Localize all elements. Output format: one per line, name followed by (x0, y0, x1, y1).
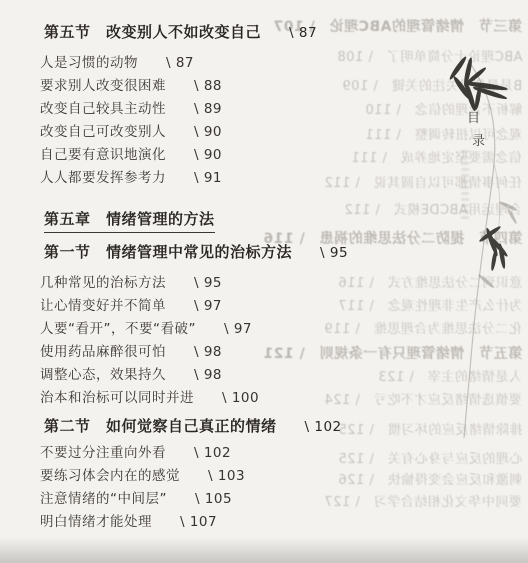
toc-list: 第五节 改变别人不如改变自己\ 87人是习惯的动物\ 87要求别人改变很困难\ … (40, 22, 400, 534)
toc-entry-title: 人要“看开”，不要“看破” (40, 318, 196, 341)
toc-entry-item: 要练习体会内在的感觉\ 103 (40, 465, 400, 488)
toc-entry-page-number: \ 88 (194, 75, 222, 98)
page-edge-shadow (0, 537, 528, 563)
toc-entry-item: 自己要有意识地演化\ 90 (40, 144, 400, 167)
toc-entry-page-number: \ 87 (166, 52, 194, 75)
toc-entry-item: 几种常见的治标方法\ 95 (40, 272, 400, 295)
toc-entry-page-number: \ 87 (289, 23, 317, 43)
toc-entry-title: 第五章 情绪管理的方法 (44, 208, 215, 233)
toc-entry-item: 调整心态，效果持久\ 98 (40, 364, 400, 387)
toc-entry-page-number: \ 103 (208, 465, 245, 488)
toc-entry-item: 人人都要发挥参考力\ 91 (40, 167, 400, 190)
toc-entry-item: 让心情变好并不简单\ 97 (40, 295, 400, 318)
toc-entry-page-number: \ 90 (194, 144, 222, 167)
contents-label-char-1: 目 (467, 112, 485, 125)
toc-entry-title: 明白情绪才能处理 (40, 511, 152, 534)
toc-entry-item: 明白情绪才能处理\ 107 (40, 511, 400, 534)
toc-entry-title: 要练习体会内在的感觉 (40, 465, 180, 488)
toc-entry-title: 人人都要发挥参考力 (40, 167, 166, 190)
toc-entry-page-number: \ 90 (194, 121, 222, 144)
toc-entry-page-number: \ 91 (194, 167, 222, 190)
toc-entry-item: 不要过分注重向外看\ 102 (40, 442, 400, 465)
margin-art: 目 录 (428, 46, 528, 466)
toc-entry-section: 第五节 改变别人不如改变自己\ 87 (40, 22, 400, 42)
toc-entry-page-number: \ 89 (194, 98, 222, 121)
toc-entry-item: 治本和治标可以同时并进\ 100 (40, 387, 400, 410)
toc-entry-title: 人是习惯的动物 (40, 52, 138, 75)
toc-entry-title: 使用药品麻醉很可怕 (40, 341, 166, 364)
toc-entry-title: 改变自己较具主动性 (40, 98, 166, 121)
toc-entry-title: 几种常见的治标方法 (40, 272, 166, 295)
toc-entry-title: 调整心态，效果持久 (40, 364, 166, 387)
bamboo-illustration (428, 46, 528, 466)
toc-entry-title: 第一节 情绪管理中常见的治标方法 (44, 242, 292, 262)
toc-entry-title: 治本和治标可以同时并进 (40, 387, 194, 410)
toc-entry-page-number: \ 102 (194, 442, 231, 465)
bamboo-leaves-top (448, 55, 508, 112)
toc-entry-page-number: \ 105 (195, 488, 232, 511)
toc-entry-item: 人要“看开”，不要“看破”\ 97 (40, 318, 400, 341)
toc-entry-page-number: \ 98 (194, 364, 222, 387)
toc-entry-item: 使用药品麻醉很可怕\ 98 (40, 341, 400, 364)
toc-entry-page-number: \ 95 (194, 272, 222, 295)
toc-entry-title: 第五节 改变别人不如改变自己 (44, 22, 261, 42)
toc-entry-item: 要求别人改变很困难\ 88 (40, 75, 400, 98)
contents-label: 目 录 (467, 112, 485, 148)
toc-entry-page-number: \ 97 (224, 318, 252, 341)
toc-entry-page-number: \ 102 (305, 417, 342, 437)
toc-entry-title: 改变自己可改变别人 (40, 121, 166, 144)
toc-entry-page-number: \ 100 (222, 387, 259, 410)
toc-entry-title: 要求别人改变很困难 (40, 75, 166, 98)
toc-entry-title: 第二节 如何觉察自己真正的情绪 (44, 416, 277, 436)
toc-entry-chapter: 第五章 情绪管理的方法 (40, 208, 400, 230)
toc-entry-page-number: \ 98 (194, 341, 222, 364)
book-toc-page: 第三节 情绪管理的ABC理论 \ 107ABC理论十分简单明了 \ 108B是最… (0, 0, 528, 563)
toc-entry-page-number: \ 95 (320, 243, 348, 263)
toc-entry-title: 注意情绪的“中间层” (40, 488, 167, 511)
toc-entry-section: 第一节 情绪管理中常见的治标方法\ 95 (40, 242, 400, 262)
toc-entry-page-number: \ 97 (194, 295, 222, 318)
contents-label-char-2: 录 (472, 135, 485, 148)
toc-entry-item: 注意情绪的“中间层”\ 105 (40, 488, 400, 511)
toc-entry-item: 人是习惯的动物\ 87 (40, 52, 400, 75)
faint-watermark-streak (461, 150, 469, 222)
toc-entry-item: 改变自己可改变别人\ 90 (40, 121, 400, 144)
toc-entry-title: 不要过分注重向外看 (40, 442, 166, 465)
toc-entry-item: 改变自己较具主动性\ 89 (40, 98, 400, 121)
toc-entry-title: 让心情变好并不简单 (40, 295, 166, 318)
toc-entry-page-number: \ 107 (180, 511, 217, 534)
toc-entry-title: 自己要有意识地演化 (40, 144, 166, 167)
toc-entry-section: 第二节 如何觉察自己真正的情绪\ 102 (40, 416, 400, 436)
